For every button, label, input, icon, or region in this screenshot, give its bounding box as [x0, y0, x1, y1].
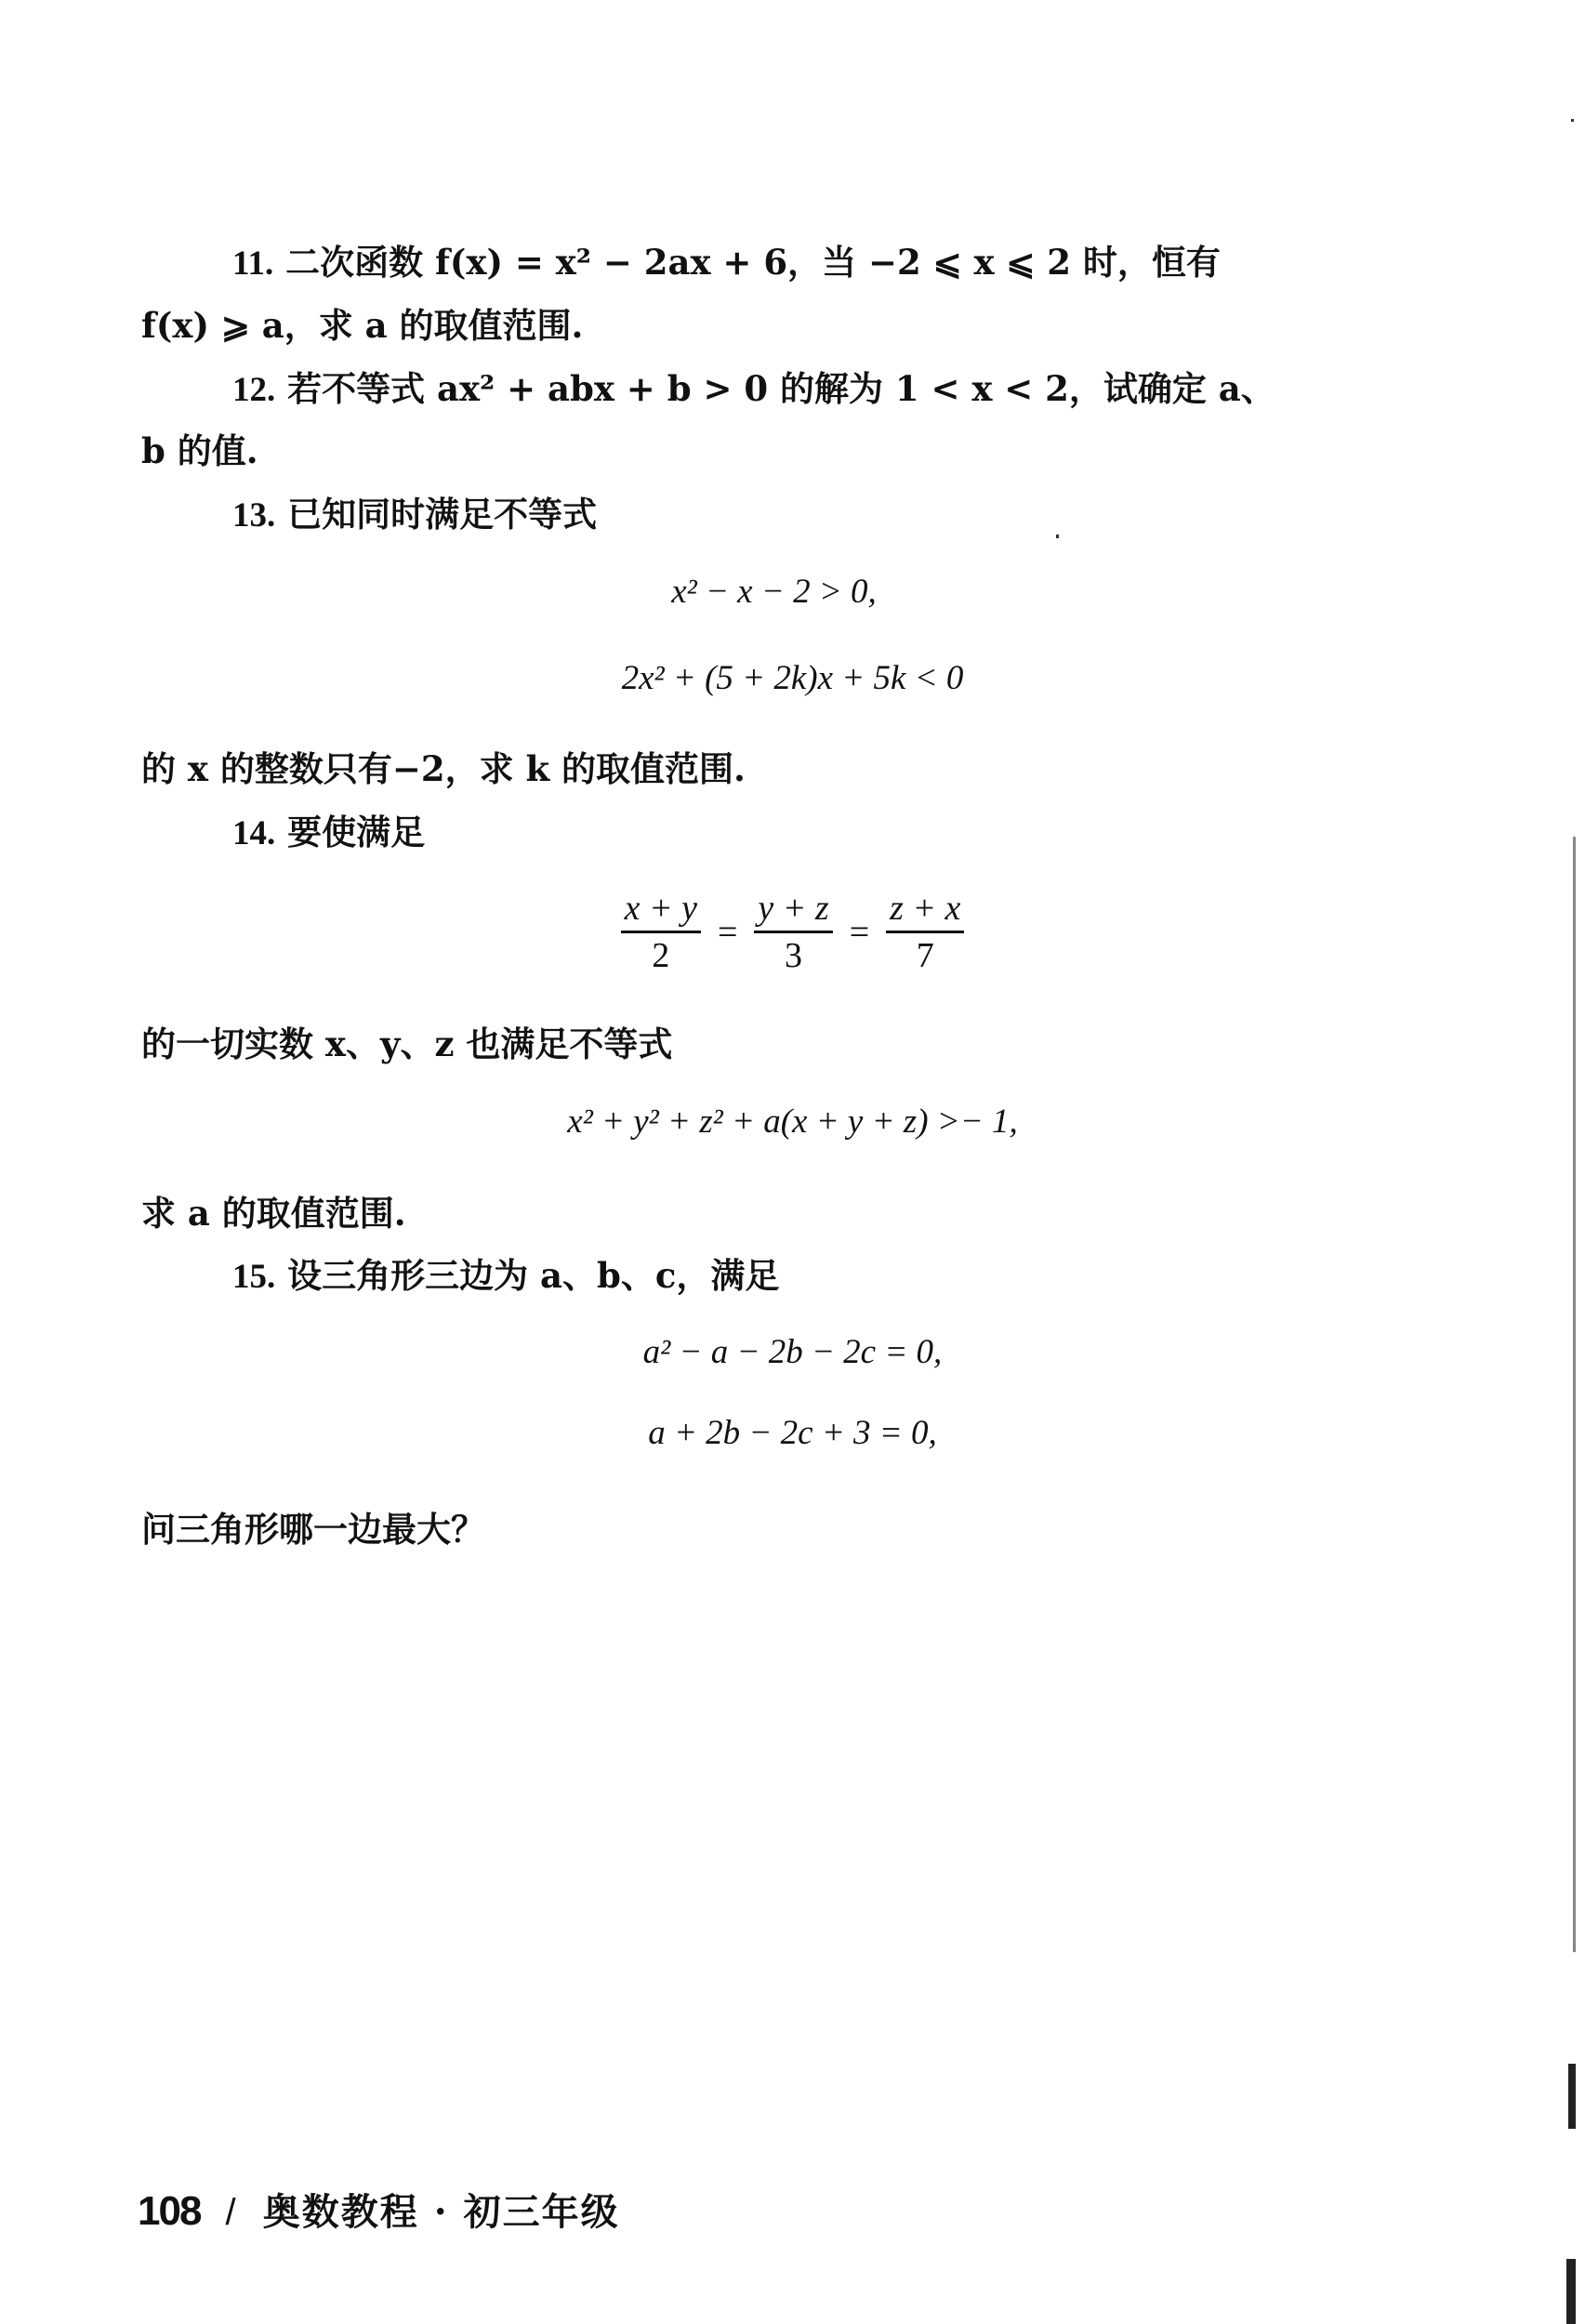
equation: 2x² + (5 + 2k)x + 5k < 0	[0, 658, 1585, 698]
fraction: z + x 7	[886, 888, 964, 976]
page-footer: 108 / 奥数教程 · 初三年级	[138, 2183, 620, 2236]
problem-12-line-1: 12. 若不等式 ax² + abx + b > 0 的解为 1 < x < 2…	[232, 361, 1275, 411]
problem-11-line-1: 11. 二次函数 f(x) = x² − 2ax + 6，当 −2 ⩽ x ⩽ …	[232, 234, 1221, 284]
problem-13-conclusion: 的 x 的整数只有−2，求 k 的取值范围.	[141, 741, 746, 791]
problem-text: 要使满足	[287, 812, 425, 852]
equation: a² − a − 2b − 2c = 0,	[0, 1332, 1585, 1372]
equation: x² + y² + z² + a(x + y + z) >− 1,	[0, 1102, 1585, 1142]
problem-text: 已知同时满足不等式	[287, 494, 597, 535]
problem-number: 12.	[232, 371, 275, 409]
problem-15-conclusion: 问三角形哪一边最大？	[141, 1501, 485, 1552]
problem-15-intro: 15. 设三角形三边为 a、b、c，满足	[232, 1248, 779, 1298]
problem-text: 若不等式 ax² + abx + b > 0 的解为 1 < x < 2，试确定…	[287, 368, 1275, 409]
problem-number: 13.	[232, 496, 275, 535]
problem-11-line-2: f(x) ⩾ a，求 a 的取值范围.	[141, 297, 583, 348]
scan-speck	[1571, 119, 1574, 122]
problem-number: 14.	[232, 814, 275, 852]
problem-12-line-2: b 的值.	[141, 423, 258, 473]
footer-separator: /	[226, 2192, 238, 2233]
problem-text: 设三角形三边为 a、b、c，满足	[287, 1255, 779, 1296]
equation: a + 2b − 2c + 3 = 0,	[0, 1413, 1585, 1453]
fraction-equation: x + y 2 = y + z 3 = z + x 7	[0, 888, 1585, 976]
problem-number: 15.	[232, 1258, 275, 1296]
page-number: 108	[138, 2188, 200, 2234]
fraction: x + y 2	[621, 888, 701, 976]
problem-text: 二次函数 f(x) = x² − 2ax + 6，当 −2 ⩽ x ⩽ 2 时，…	[285, 242, 1221, 283]
problem-14-middle: 的一切实数 x、y、z 也满足不等式	[141, 1016, 672, 1066]
scan-edge-artifact	[1568, 2064, 1576, 2129]
problem-14-conclusion: 求 a 的取值范围.	[141, 1185, 406, 1235]
problem-13-intro: 13. 已知同时满足不等式	[232, 486, 597, 536]
scan-edge-artifact	[1566, 2259, 1576, 2324]
scan-speck	[1056, 535, 1059, 538]
problem-14-intro: 14. 要使满足	[232, 804, 425, 854]
scan-edge-artifact	[1573, 837, 1576, 1952]
book-title: 奥数教程 · 初三年级	[263, 2190, 620, 2234]
equation: x² − x − 2 > 0,	[0, 572, 1566, 612]
problem-number: 11.	[232, 244, 273, 283]
fraction: y + z 3	[754, 888, 832, 976]
